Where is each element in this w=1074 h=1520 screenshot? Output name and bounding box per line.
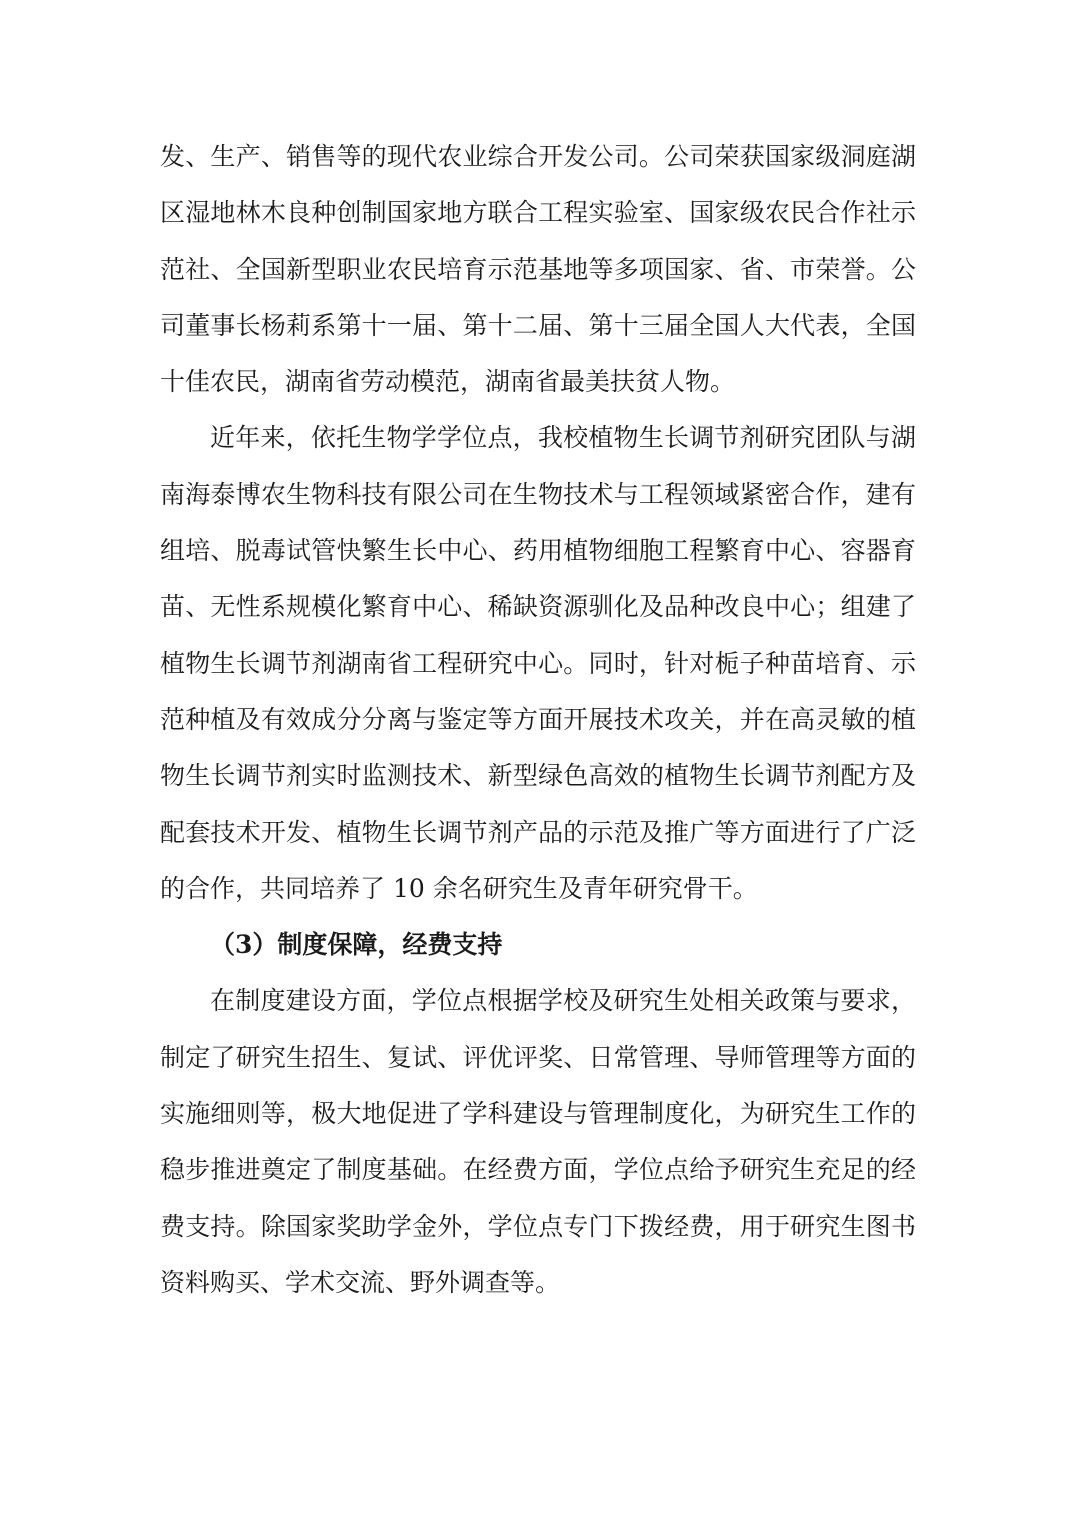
paragraph-2-line-5: 植物生长调节剂湖南省工程研究中心。同时，针对栀子种苗培育、示 — [160, 636, 916, 692]
paragraph-3-line-6: 资料购买、学术交流、野外调查等。 — [160, 1255, 916, 1311]
section-heading: （3）制度保障，经费支持 — [160, 917, 916, 973]
paragraph-3-line-3: 实施细则等，极大地促进了学科建设与管理制度化，为研究生工作的 — [160, 1086, 916, 1142]
paragraph-2-line-8: 配套技术开发、植物生长调节剂产品的示范及推广等方面进行了广泛 — [160, 805, 916, 861]
paragraph-1-line-4: 司董事长杨莉系第十一届、第十二届、第十三届全国人大代表，全国 — [160, 298, 916, 354]
paragraph-2-line-1: 近年来，依托生物学学位点，我校植物生长调节剂研究团队与湖 — [160, 410, 916, 466]
paragraph-1-line-2: 区湿地林木良种创制国家地方联合工程实验室、国家级农民合作社示 — [160, 185, 916, 241]
paragraph-3-line-1: 在制度建设方面，学位点根据学校及研究生处相关政策与要求， — [160, 973, 916, 1029]
paragraph-2-line-9: 的合作，共同培养了 10 余名研究生及青年研究骨干。 — [160, 861, 916, 917]
paragraph-2-line-6: 范种植及有效成分分离与鉴定等方面开展技术攻关，并在高灵敏的植 — [160, 692, 916, 748]
paragraph-2-line-2: 南海泰博农生物科技有限公司在生物技术与工程领域紧密合作，建有 — [160, 467, 916, 523]
paragraph-1-line-3: 范社、全国新型职业农民培育示范基地等多项国家、省、市荣誉。公 — [160, 242, 916, 298]
document-page: 发、生产、销售等的现代农业综合开发公司。公司荣获国家级洞庭湖 区湿地林木良种创制… — [0, 0, 1074, 1520]
paragraph-2-line-3: 组培、脱毒试管快繁生长中心、药用植物细胞工程繁育中心、容器育 — [160, 523, 916, 579]
paragraph-1-line-1: 发、生产、销售等的现代农业综合开发公司。公司荣获国家级洞庭湖 — [160, 129, 916, 185]
paragraph-3-line-4: 稳步推进奠定了制度基础。在经费方面，学位点给予研究生充足的经 — [160, 1142, 916, 1198]
document-text-block: 发、生产、销售等的现代农业综合开发公司。公司荣获国家级洞庭湖 区湿地林木良种创制… — [160, 129, 916, 1311]
paragraph-2-line-4: 苗、无性系规模化繁育中心、稀缺资源驯化及品种改良中心；组建了 — [160, 579, 916, 635]
paragraph-3-line-2: 制定了研究生招生、复试、评优评奖、日常管理、导师管理等方面的 — [160, 1030, 916, 1086]
paragraph-3-line-5: 费支持。除国家奖助学金外，学位点专门下拨经费，用于研究生图书 — [160, 1199, 916, 1255]
paragraph-1-line-5: 十佳农民，湖南省劳动模范，湖南省最美扶贫人物。 — [160, 354, 916, 410]
paragraph-2-line-7: 物生长调节剂实时监测技术、新型绿色高效的植物生长调节剂配方及 — [160, 748, 916, 804]
